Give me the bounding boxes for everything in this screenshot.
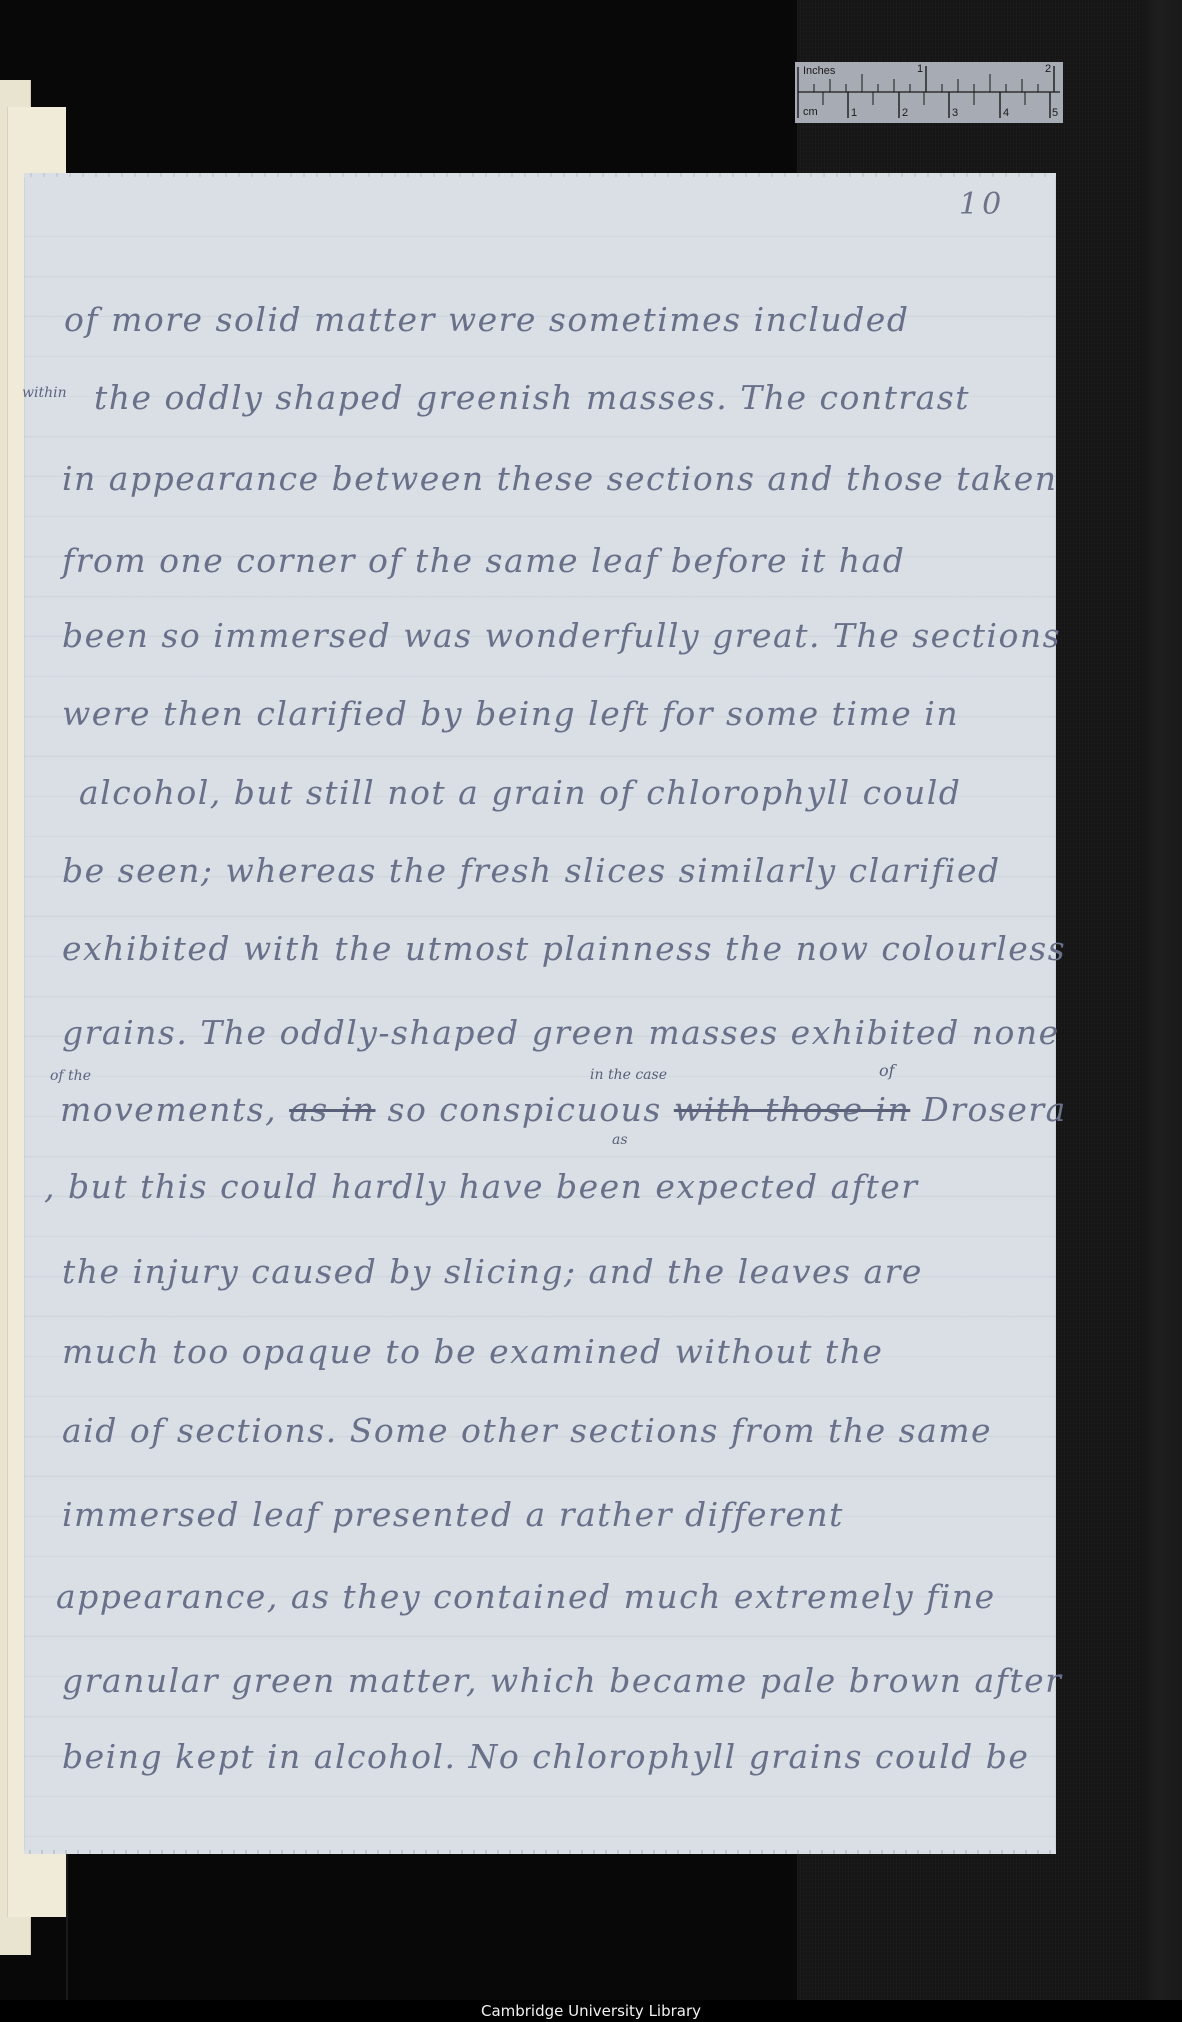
manuscript-line-12: , but this could hardly have been expect… — [44, 1167, 1034, 1206]
ruler-cm-5: 5 — [1052, 107, 1058, 119]
ruler-inch-1: 1 — [917, 63, 923, 75]
insert-in-the-case: in the case — [590, 1067, 667, 1083]
struck-text-1: as in — [289, 1090, 375, 1129]
manuscript-line-13: the injury caused by slicing; and the le… — [62, 1252, 1052, 1291]
ruler-cm-2: 2 — [902, 107, 908, 119]
manuscript-line-3: in appearance between these sections and… — [62, 459, 1052, 498]
word-movements: movements, — [60, 1090, 289, 1129]
manuscript-page: 10 of more solid matter were sometimes i… — [24, 175, 1056, 1852]
manuscript-line-14: much too opaque to be examined without t… — [62, 1332, 1052, 1371]
manuscript-line-4: from one corner of the same leaf before … — [62, 541, 1052, 580]
ruler-cm-3: 3 — [952, 107, 958, 119]
word-drosera: Drosera — [922, 1090, 1067, 1129]
manuscript-line-19: being kept in alcohol. No chlorophyll gr… — [62, 1737, 1052, 1776]
manuscript-line-1: of more solid matter were sometimes incl… — [64, 300, 1054, 339]
manuscript-line-5: been so immersed was wonderfully great. … — [62, 616, 1052, 655]
ruler-cm-1: 1 — [851, 107, 857, 119]
struck-text-2: with those in — [674, 1090, 910, 1129]
scale-ruler: Inches 1 2 cm 1 2 3 4 5 — [795, 62, 1063, 123]
manuscript-line-7: alcohol, but still not a grain of chloro… — [79, 773, 1069, 812]
background-seam — [66, 1852, 68, 2000]
ruler-cm-4: 4 — [1003, 107, 1009, 119]
manuscript-line-17: appearance, as they contained much extre… — [56, 1577, 1046, 1616]
manuscript-line-9: exhibited with the utmost plainness the … — [62, 929, 1052, 968]
insert-of: of — [879, 1061, 895, 1080]
manuscript-line-10: grains. The oddly-shaped green masses ex… — [62, 1013, 1052, 1052]
insert-of-the: of the — [50, 1068, 91, 1084]
manuscript-line-18: granular green matter, which became pale… — [62, 1661, 1052, 1700]
margin-note-within: within — [22, 385, 67, 401]
manuscript-line-6: were then clarified by being left for so… — [62, 694, 1052, 733]
manuscript-line-11: movements, so conspicuous movements, as … — [60, 1090, 1050, 1129]
ruler-inch-2: 2 — [1045, 63, 1051, 75]
page-number: 10 — [959, 187, 1005, 222]
line11-main: so conspicuous — [388, 1090, 662, 1129]
library-credit-footer: Cambridge University Library — [0, 2000, 1182, 2022]
cloth-edge — [1140, 0, 1182, 2000]
manuscript-line-2: the oddly shaped greenish masses. The co… — [94, 378, 1084, 417]
manuscript-line-16: immersed leaf presented a rather differe… — [62, 1495, 1052, 1534]
manuscript-line-8: be seen; whereas the fresh slices simila… — [62, 851, 1052, 890]
insert-as: as — [612, 1132, 628, 1148]
ruler-cm-label: cm — [803, 106, 818, 118]
manuscript-line-15: aid of sections. Some other sections fro… — [62, 1411, 1052, 1450]
ruler-inches-label: Inches — [803, 65, 835, 77]
scan-background: Inches 1 2 cm 1 2 3 4 5 10 of more solid… — [0, 0, 1182, 2022]
